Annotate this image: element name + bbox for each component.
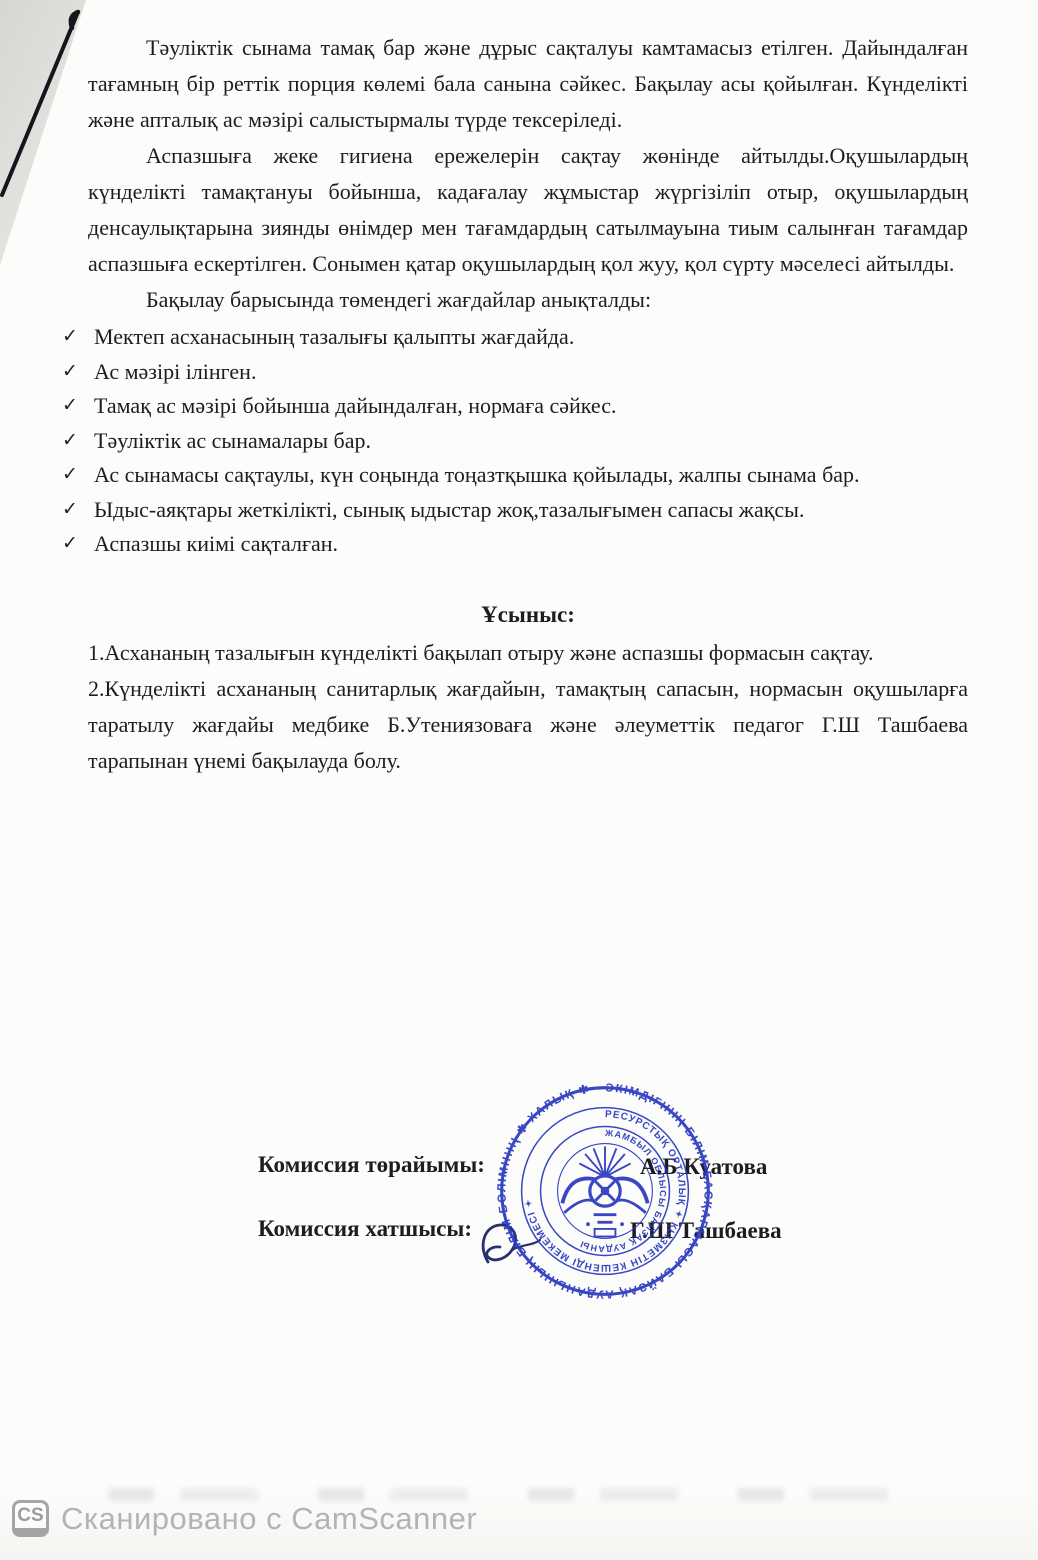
scanned-document-page: Тәуліктік сынама тамақ бар және дұрыс са… — [0, 0, 1038, 1560]
signature-label: Комиссия хатшысы: — [258, 1216, 472, 1242]
signature-row-chair: Комиссия төрайымы: А.Б Куатова — [258, 1152, 818, 1192]
scan-shadow-artifact — [0, 1490, 1038, 1560]
checklist-item: ✓ Тамақ ас мәзірі бойынша дайындалған, н… — [62, 389, 968, 423]
checkmark-icon: ✓ — [62, 320, 94, 354]
findings-checklist: ✓ Мектеп асханасының тазалығы қалыпты жа… — [62, 320, 968, 561]
recommendation-item: 2.Күнделікті асхананың санитарлық жағдай… — [88, 671, 968, 779]
checkmark-icon: ✓ — [62, 493, 94, 527]
recommendation-item: 1.Асхананың тазалығын күнделікті бақылап… — [88, 635, 968, 671]
checklist-item-text: Тәуліктік ас сынамалары бар. — [94, 424, 968, 458]
checklist-item-text: Ыдыс-аяқтары жеткілікті, сынық ыдыстар ж… — [94, 493, 968, 527]
checklist-item-text: Ас мәзірі ілінген. — [94, 355, 968, 389]
checklist-item: ✓ Ас сынамасы сақтаулы, күн соңында тоңа… — [62, 458, 968, 492]
signature-name: А.Б Куатова — [640, 1154, 767, 1180]
recommendations-title: Ұсыныс: — [88, 597, 968, 633]
checkmark-icon: ✓ — [62, 458, 94, 492]
paragraph: Аспазшыға жеке гигиена ережелерін сақтау… — [88, 138, 968, 282]
checklist-item: ✓ Мектеп асханасының тазалығы қалыпты жа… — [62, 320, 968, 354]
document-body: Тәуліктік сынама тамақ бар және дұрыс са… — [0, 30, 1038, 779]
checklist-item: ✓ Тәуліктік ас сынамалары бар. — [62, 424, 968, 458]
checkmark-icon: ✓ — [62, 527, 94, 561]
checklist-item-text: Тамақ ас мәзірі бойынша дайындалған, нор… — [94, 389, 968, 423]
checkmark-icon: ✓ — [62, 424, 94, 458]
signature-label: Комиссия төрайымы: — [258, 1152, 485, 1178]
checklist-item-text: Ас сынамасы сақтаулы, күн соңында тоңазт… — [94, 458, 968, 492]
signature-name: Г.Ш Ташбаева — [630, 1218, 782, 1244]
checklist-intro: Бақылау барысында төмендегі жағдайлар ан… — [88, 282, 968, 318]
checklist-item: ✓ Аспазшы киімі сақталған. — [62, 527, 968, 561]
handwritten-signature-icon — [476, 1216, 546, 1276]
paragraph: Тәуліктік сынама тамақ бар және дұрыс са… — [88, 30, 968, 138]
checklist-item-text: Мектеп асханасының тазалығы қалыпты жағд… — [94, 320, 968, 354]
checkmark-icon: ✓ — [62, 389, 94, 423]
checkmark-icon: ✓ — [62, 355, 94, 389]
checklist-item: ✓ Ас мәзірі ілінген. — [62, 355, 968, 389]
checklist-item: ✓ Ыдыс-аяқтары жеткілікті, сынық ыдыстар… — [62, 493, 968, 527]
checklist-item-text: Аспазшы киімі сақталған. — [94, 527, 968, 561]
